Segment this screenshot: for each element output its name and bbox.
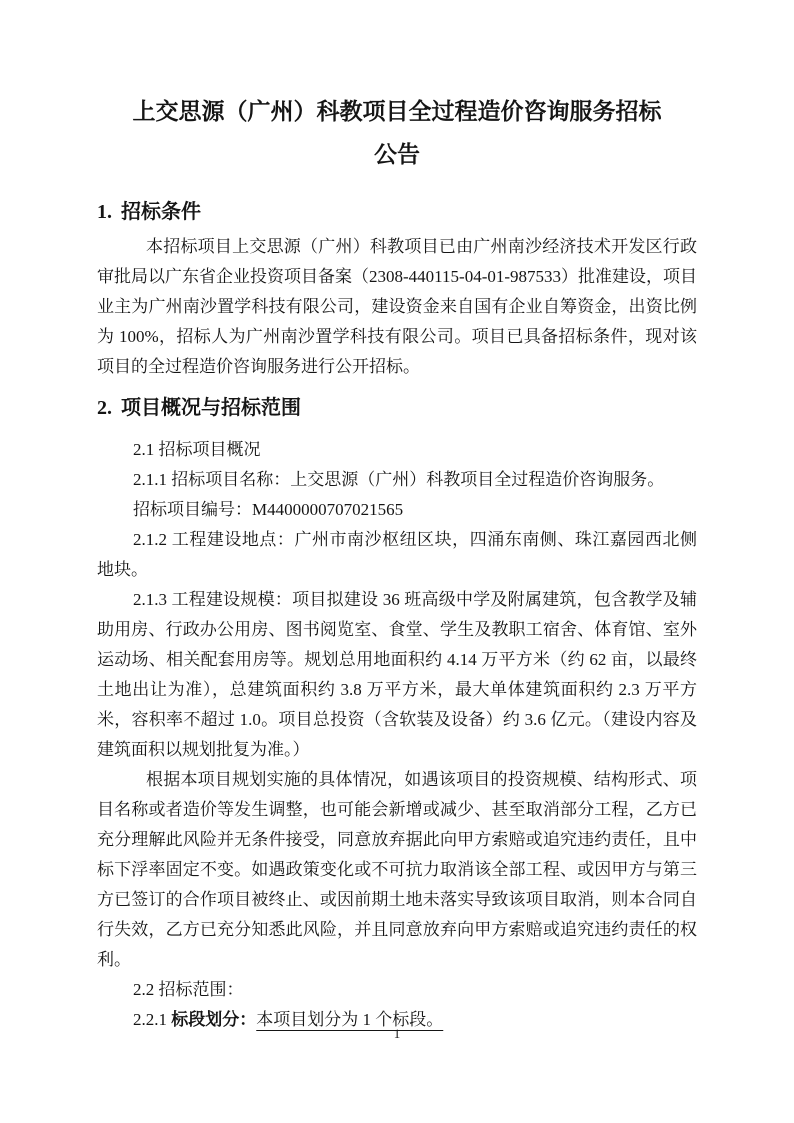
document-page: 上交思源（广州）科教项目全过程造价咨询服务招标 公告 1.招标条件 本招标项目上… [0,0,794,1123]
item-2-1-3-scale: 2.1.3 工程建设规模：项目拟建设 36 班高级中学及附属建筑，包含教学及辅助… [97,585,697,765]
section-2-heading: 2.项目概况与招标范围 [97,395,697,421]
document-title-line-1: 上交思源（广州）科教项目全过程造价咨询服务招标 [97,90,697,133]
section-2-number: 2. [97,397,112,419]
risk-adjustment-paragraph: 根据本项目规划实施的具体情况，如遇该项目的投资规模、结构形式、项目名称或者造价等… [97,765,697,975]
page-number: 1 [0,1026,794,1042]
document-title-line-2: 公告 [97,133,697,176]
item-2-1-1-project-name: 2.1.1 招标项目名称：上交思源（广州）科教项目全过程造价咨询服务。 [97,465,697,495]
item-2-1-overview: 2.1 招标项目概况 [97,435,697,465]
section-1-heading: 1.招标条件 [97,199,697,225]
item-2-1-2-location: 2.1.2 工程建设地点：广州市南沙枢纽区块，四涌东南侧、珠江嘉园西北侧地块。 [97,525,697,585]
project-code-line: 招标项目编号：M4400000707021565 [97,495,697,525]
document-title: 上交思源（广州）科教项目全过程造价咨询服务招标 公告 [97,90,697,176]
tender-conditions-paragraph: 本招标项目上交思源（广州）科教项目已由广州南沙经济技术开发区行政审批局以广东省企… [97,232,697,382]
section-1-title: 招标条件 [121,201,201,223]
item-2-2-scope: 2.2 招标范围： [97,975,697,1005]
section-1-number: 1. [97,201,112,223]
section-2-title: 项目概况与招标范围 [121,397,301,419]
